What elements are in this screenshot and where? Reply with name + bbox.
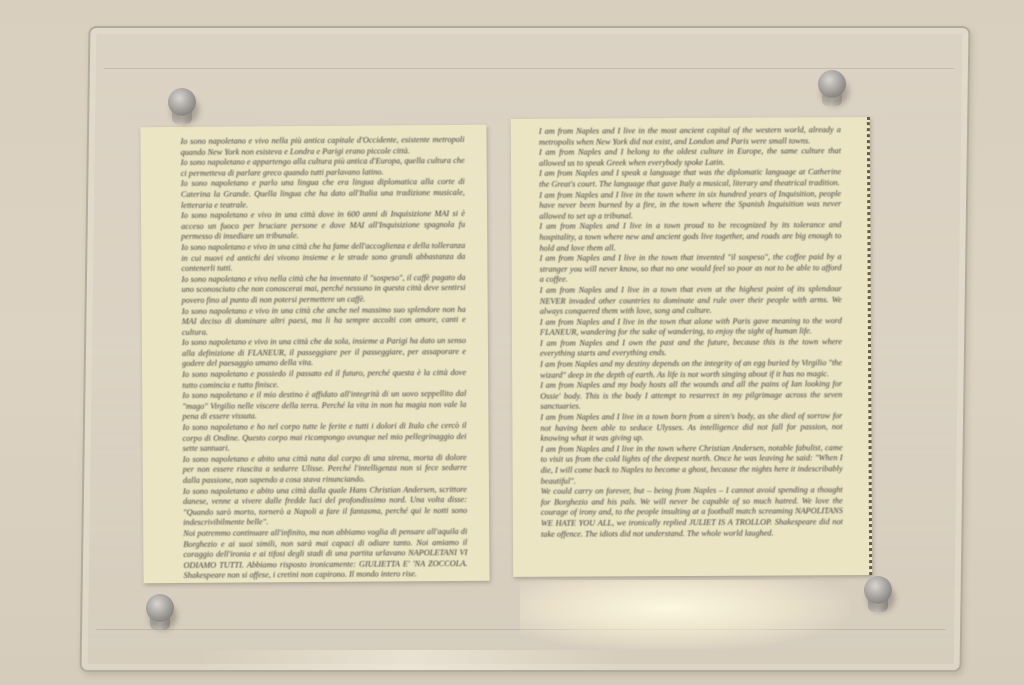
paragraph: I am from Naples and I speak a language …	[539, 168, 841, 191]
paragraph: Io sono napoletano e vivo in una città c…	[182, 304, 466, 338]
left-page-text: Io sono napoletano e vivo nella più anti…	[140, 125, 489, 582]
paragraph: We could carry on forever, but – being f…	[541, 485, 843, 540]
paragraph: Io sono napoletano e il mio destino è af…	[182, 389, 466, 423]
right-page-text: I am from Naples and I live in the most …	[511, 117, 869, 540]
paragraph: Io sono napoletano e vivo in una città d…	[181, 209, 465, 243]
paragraph: I am from Naples and I live in a town th…	[540, 284, 842, 317]
paragraph: I am from Naples and I live in the town …	[540, 316, 842, 339]
light-glare	[520, 580, 850, 650]
paragraph: I am from Naples and I live in a town pr…	[539, 221, 841, 254]
paragraph: I am from Naples and my destiny depends …	[540, 358, 842, 381]
paragraph: I am from Naples and I own the past and …	[540, 337, 842, 360]
standoff-bolt-bottom-right	[864, 576, 892, 604]
paragraph: I am from Naples and I live in a town bo…	[540, 411, 842, 444]
paragraph: Io sono napoletano e vivo in una città c…	[182, 336, 466, 370]
paragraph: Io sono napoletano e abito una città dal…	[183, 485, 467, 529]
standoff-bolt-top-right	[818, 70, 846, 98]
paragraph: I am from Naples and I live in the town …	[539, 189, 841, 222]
paragraph: I am from Naples and I live in the town …	[540, 252, 842, 285]
paragraph: Io sono napoletano e possiedo il passato…	[182, 368, 466, 391]
light-reflection	[200, 650, 620, 670]
paragraph: Io sono napoletano e vivo in una città c…	[181, 241, 465, 275]
left-page-italian: Io sono napoletano e vivo nella più anti…	[140, 125, 489, 583]
paragraph: Io sono napoletano e vivo nella città ch…	[181, 273, 465, 307]
standoff-bolt-top-left	[168, 88, 196, 116]
paragraph: Io sono napoletano e ho nel corpo tutte …	[182, 421, 466, 455]
paragraph: I am from Naples and I live in the town …	[541, 443, 843, 487]
paragraph: Io sono napoletano e parlo una lingua ch…	[181, 177, 465, 211]
paragraph: I am from Naples and I belong to the old…	[539, 146, 841, 169]
paragraph: I am from Naples and I live in the most …	[539, 125, 841, 148]
standoff-bolt-bottom-left	[146, 594, 174, 622]
paragraph: Io sono napoletano e vivo nella più anti…	[180, 135, 464, 158]
paragraph: Noi potremmo continuare all'infinito, ma…	[183, 527, 467, 582]
paragraph: Io sono napoletano e appartengo alla cul…	[181, 156, 465, 179]
right-page-english: I am from Naples and I live in the most …	[511, 117, 872, 577]
paragraph: Io sono napoletano e abito una città nat…	[183, 453, 467, 487]
paragraph: I am from Naples and my body hosts all t…	[540, 379, 842, 412]
